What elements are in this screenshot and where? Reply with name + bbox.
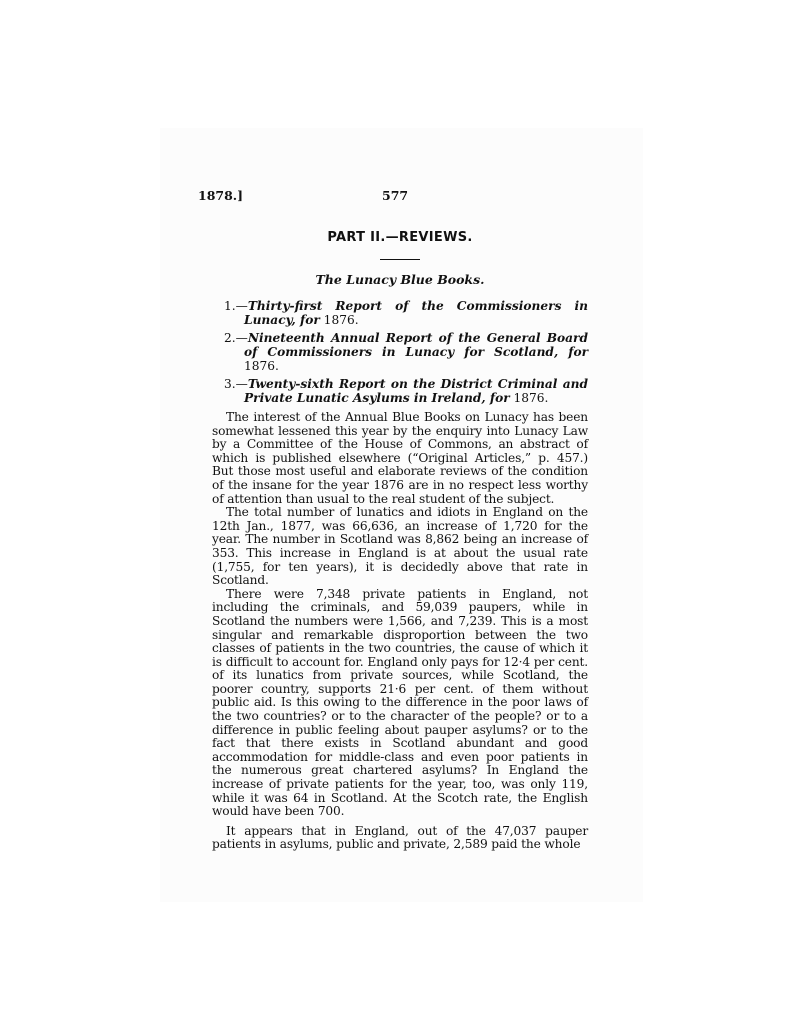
report-list: 1.—Thirty-first Report of the Commission…: [212, 299, 588, 405]
body-paragraph: It appears that in England, out of the 4…: [212, 825, 588, 852]
report-year: 1876.: [320, 313, 359, 327]
report-title: Thirty-first Report of the Commissioners…: [244, 299, 588, 327]
page-number: 577: [382, 188, 408, 203]
report-year: 1876.: [510, 391, 549, 405]
running-head-year: 1878.]: [198, 188, 243, 203]
report-item: 3.—Twenty-sixth Report on the District C…: [212, 377, 588, 405]
part-title: PART II.—REVIEWS.: [212, 230, 588, 245]
body-paragraph: The total number of lunatics and idiots …: [212, 506, 588, 588]
running-head: 1878.] 577: [212, 188, 588, 206]
report-year: 1876.: [244, 359, 279, 373]
report-title: Nineteenth Annual Report of the General …: [244, 331, 588, 359]
report-number: 1.—: [224, 299, 248, 313]
body-paragraph: There were 7,348 private patients in Eng…: [212, 588, 588, 819]
title-divider: [380, 259, 420, 260]
report-item: 1.—Thirty-first Report of the Commission…: [212, 299, 588, 327]
report-item: 2.—Nineteenth Annual Report of the Gener…: [212, 331, 588, 373]
body-paragraph: The interest of the Annual Blue Books on…: [212, 411, 588, 506]
section-title: The Lunacy Blue Books.: [212, 272, 588, 287]
page-content: 1878.] 577 PART II.—REVIEWS. The Lunacy …: [212, 188, 588, 852]
report-number: 3.—: [224, 377, 248, 391]
report-number: 2.—: [224, 331, 248, 345]
